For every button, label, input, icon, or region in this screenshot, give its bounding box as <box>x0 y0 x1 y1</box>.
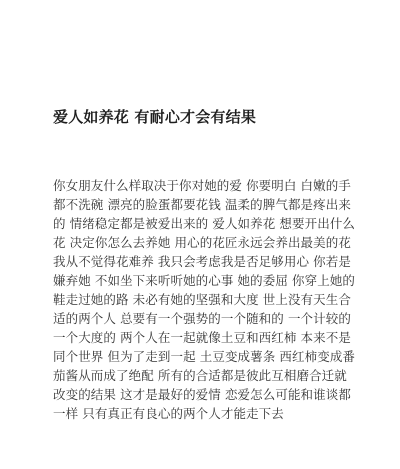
paragraph-line: 同个世界 但为了走到一起 土豆变成薯条 西红柿变成番 <box>53 347 353 366</box>
paragraph-line: 嫌弃她 不如坐下来听听她的心事 她的委屈 你穿上她的 <box>53 271 353 290</box>
paragraph-line: 一个大度的 两个人在一起就像土豆和西红柿 本来不是 <box>53 328 353 347</box>
paragraph-line: 茄酱从而成了绝配 所有的合适都是彼此互相磨合迁就 <box>53 366 353 385</box>
paragraph-line: 适的两个人 总要有一个强势的一个随和的 一个计较的 <box>53 309 353 328</box>
paragraph: 你女朋友什么样取决于你对她的爱 你要明白 白嫩的手都不洗碗 漂亮的脸蛋都要花钱 … <box>53 176 353 423</box>
paragraph-line: 都不洗碗 漂亮的脸蛋都要花钱 温柔的脾气都是疼出来 <box>53 195 353 214</box>
paragraph-line: 我从不觉得花难养 我只会考虑我是否足够用心 你若是 <box>53 252 353 271</box>
paragraph-line: 改变的结果 这才是最好的爱情 恋爱怎么可能和谁谈都 <box>53 385 353 404</box>
paragraph-line: 花 决定你怎么去养她 用心的花匠永远会养出最美的花 <box>53 233 353 252</box>
page-title: 爱人如养花 有耐心才会有结果 <box>53 108 353 126</box>
paragraph-line: 鞋走过她的路 未必有她的坚强和大度 世上没有天生合 <box>53 290 353 309</box>
paragraph-line: 的 情绪稳定都是被爱出来的 爱人如养花 想要开出什么 <box>53 214 353 233</box>
page: 爱人如养花 有耐心才会有结果 你女朋友什么样取决于你对她的爱 你要明白 白嫩的手… <box>0 0 400 469</box>
paragraph-line: 你女朋友什么样取决于你对她的爱 你要明白 白嫩的手 <box>53 176 353 195</box>
paragraph-line: 一样 只有真正有良心的两个人才能走下去 <box>53 404 353 423</box>
content-area: 爱人如养花 有耐心才会有结果 你女朋友什么样取决于你对她的爱 你要明白 白嫩的手… <box>53 0 353 423</box>
